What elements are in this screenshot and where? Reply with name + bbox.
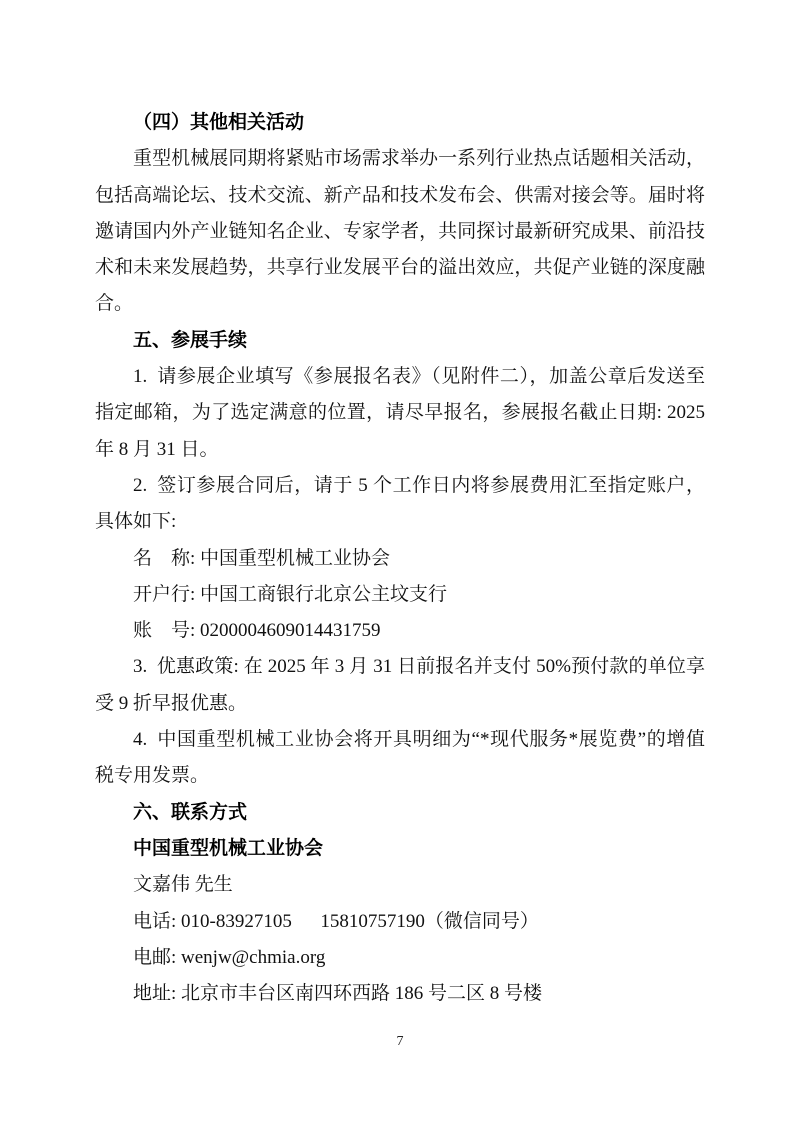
paragraph: 1. 请参展企业填写《参展报名表》（见附件二），加盖公章后发送至指定邮箱，为了选… xyxy=(95,359,705,468)
paragraph: 2. 签订参展合同后，请于 5 个工作日内将参展费用汇至指定账户，具体如下: xyxy=(95,468,705,541)
page-number: 7 xyxy=(0,1032,800,1052)
paragraph: 重型机械展同期将紧贴市场需求举办一系列行业热点话题相关活动，包括高端论坛、技术交… xyxy=(95,141,705,322)
section-heading: 中国重型机械工业协会 xyxy=(95,831,705,867)
section-heading: 五、参展手续 xyxy=(95,323,705,359)
section-heading: （四）其他相关活动 xyxy=(95,105,705,141)
document-body: （四）其他相关活动重型机械展同期将紧贴市场需求举办一系列行业热点话题相关活动，包… xyxy=(95,105,705,1012)
section-heading: 六、联系方式 xyxy=(95,795,705,831)
paragraph: 电邮: wenjw@chmia.org xyxy=(95,940,705,976)
paragraph: 文嘉伟 先生 xyxy=(95,867,705,903)
paragraph: 账 号: 0200004609014431759 xyxy=(95,613,705,649)
paragraph: 地址: 北京市丰台区南四环西路 186 号二区 8 号楼 xyxy=(95,976,705,1012)
paragraph: 电话: 010-83927105 15810757190（微信同号） xyxy=(95,904,705,940)
document-page: （四）其他相关活动重型机械展同期将紧贴市场需求举办一系列行业热点话题相关活动，包… xyxy=(0,0,800,1131)
paragraph: 名 称: 中国重型机械工业协会 xyxy=(95,541,705,577)
paragraph: 4. 中国重型机械工业协会将开具明细为“*现代服务*展览费”的增值税专用发票。 xyxy=(95,722,705,795)
paragraph: 开户行: 中国工商银行北京公主坟支行 xyxy=(95,577,705,613)
paragraph: 3. 优惠政策: 在 2025 年 3 月 31 日前报名并支付 50%预付款的… xyxy=(95,649,705,722)
